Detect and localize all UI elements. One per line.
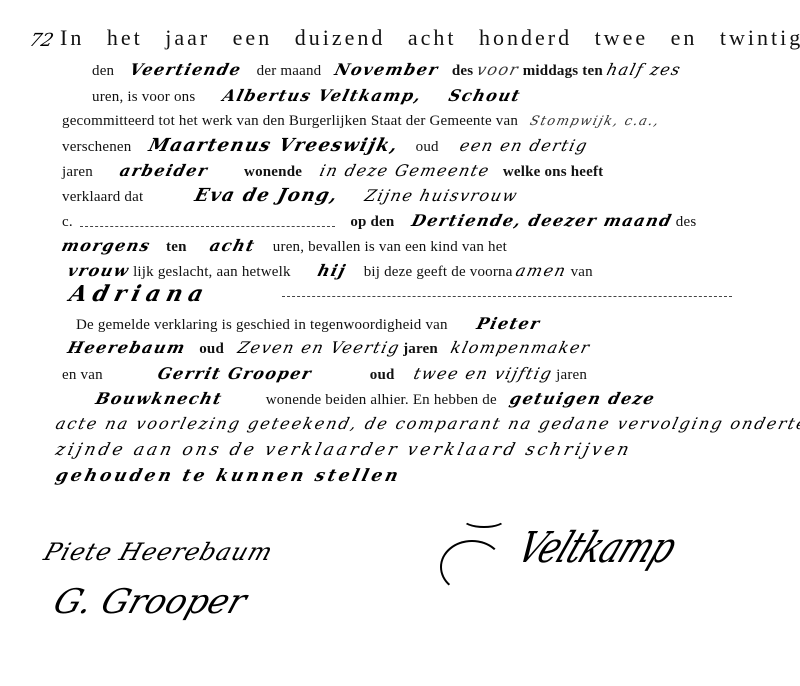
line-declarant: verschenen Maartenus Vreeswijk, oud een … (62, 136, 588, 157)
line-child-name: Adriana (70, 284, 209, 307)
handwritten-time: half zes (604, 60, 683, 80)
line-sex: vrouw lijk geslacht, aan hetwelk hij bij… (68, 261, 593, 282)
signature-witness2: G. Grooper (49, 582, 252, 622)
handwritten-sex: vrouw (66, 261, 132, 281)
handwritten-birth-day: Dertiende, deezer maand (409, 211, 674, 231)
label-verklaard-dat: verklaard dat (62, 189, 143, 205)
label-des: des (452, 63, 473, 79)
handwritten-official-name: Albertus Veltkamp, (220, 86, 424, 106)
label-verschenen: verschenen (62, 139, 131, 155)
line-date: den Veertiende der maand November des vo… (92, 60, 681, 81)
line-official: uren, is voor ons Albertus Veltkamp, Sch… (92, 86, 521, 107)
line-closing-3: gehouden te kunnen stellen (56, 466, 401, 487)
label-bevallen: uren, bevallen is van een kind van het (273, 239, 507, 255)
label-ten: ten (166, 239, 187, 255)
label-welke-ons-heeft: welke ons heeft (503, 164, 604, 180)
line-closing-2: zijnde aan ons de verklaarder verklaard … (56, 440, 632, 461)
handwritten-declarant-age: een en dertig (458, 136, 591, 156)
handwritten-occupation: arbeider (118, 161, 211, 181)
line-witness1: Heerebaum oud Zeven en Veertig jaren klo… (68, 338, 591, 359)
label-gemelde-verklaring: De gemelde verklaring is geschied in teg… (76, 317, 448, 333)
line-closing-1: acte na voorlezing geteekend, de compara… (56, 414, 800, 435)
scanned-document-page: 72 In het jaar een duizend acht honderd … (0, 0, 800, 686)
handwritten-closing-1: acte na voorlezing geteekend, de compara… (54, 414, 800, 434)
signature-flourish (440, 540, 504, 594)
handwritten-hour: acht (208, 236, 258, 256)
label-oud-3: oud (370, 367, 395, 383)
line-mother: verklaard dat Eva de Jong, Zijne huisvro… (62, 186, 518, 207)
line-witness2: en van Gerrit Grooper oud twee en vijfti… (62, 364, 587, 385)
line-birth-date: c. op den Dertiende, deezer maand des (62, 211, 696, 232)
handwritten-municipality: Stompwijk, c.a., (527, 112, 661, 132)
label-bij-deze: bij deze geeft de voorna (364, 264, 513, 280)
line-birth-time: morgens ten acht uren, bevallen is van e… (62, 236, 507, 257)
label-jaren-2: jaren (403, 341, 438, 357)
label-oud: oud (416, 139, 439, 155)
label-oud-2: oud (199, 341, 224, 357)
handwritten-voor: voor (475, 60, 522, 80)
handwritten-morning: morgens (60, 236, 154, 256)
label-geslacht: lijk geslacht, aan hetwelk (133, 264, 291, 280)
label-den: den (92, 63, 114, 79)
label-en-van: en van (62, 367, 103, 383)
handwritten-getuigen: getuigen deze (508, 389, 658, 409)
label-uren-voor-ons: uren, is voor ons (92, 89, 195, 105)
label-gecommitteerd: gecommitteerd tot het werk van den Burge… (62, 113, 518, 129)
label-der-maand: der maand (257, 63, 322, 79)
heading-text: In het jaar een duizend acht honderd twe… (60, 25, 800, 50)
handwritten-amen: amen (514, 261, 569, 281)
label-des-2: des (676, 214, 697, 230)
handwritten-witness2-name: Gerrit Grooper (156, 364, 315, 384)
label-van: van (571, 264, 593, 280)
label-c: c. (62, 214, 73, 230)
line-municipality: gecommitteerd tot het werk van den Burge… (62, 111, 659, 132)
handwritten-month: November (332, 60, 440, 80)
blank-line-1 (80, 226, 335, 227)
handwritten-mother-name: Eva de Jong, (192, 186, 340, 206)
handwritten-witness1-age: Zeven en Veertig (235, 338, 402, 358)
label-jaren: jaren (62, 164, 93, 180)
signature-flourish-top (462, 510, 506, 528)
heading-line: In het jaar een duizend acht honderd twe… (60, 28, 800, 48)
handwritten-closing-2: zijnde aan ons de verklaarder verklaard … (54, 440, 634, 460)
label-wonende-beiden: wonende beiden alhier. En hebben de (266, 392, 497, 408)
signature-witness1: Piete Heerebaum (40, 538, 277, 566)
signature-official: Veltkamp (510, 523, 683, 573)
line-witnesses: De gemelde verklaring is geschied in teg… (76, 314, 541, 335)
label-jaren-3: jaren (556, 367, 587, 383)
record-number: 72 (27, 30, 56, 51)
label-wonende: wonende (244, 164, 302, 180)
label-middags-ten: middags ten (523, 63, 603, 79)
line-residence: Bouwknecht wonende beiden alhier. En heb… (96, 389, 656, 410)
handwritten-official-title: Schout (447, 86, 524, 106)
handwritten-witness1-surname: Heerebaum (66, 338, 189, 358)
handwritten-day: Veertiende (127, 60, 243, 80)
handwritten-closing-3: gehouden te kunnen stellen (54, 466, 404, 486)
handwritten-residence: in deze Gemeente (317, 161, 492, 181)
blank-line-2 (282, 296, 732, 297)
handwritten-witness2-occupation: Bouwknecht (94, 389, 225, 409)
handwritten-hij: hij (316, 261, 349, 281)
handwritten-witness1-occupation: klompenmaker (449, 338, 593, 358)
handwritten-witness2-age: twee en vijftig (412, 364, 555, 384)
line-occupation: jaren arbeider wonende in deze Gemeente … (62, 161, 603, 182)
label-op-den: op den (350, 214, 394, 230)
handwritten-relation: Zijne huisvrouw (363, 186, 521, 206)
handwritten-child-name: Adriana (68, 284, 212, 304)
handwritten-witness1-first: Pieter (475, 314, 543, 334)
handwritten-declarant-name: Maartenus Vreeswijk, (146, 136, 400, 156)
